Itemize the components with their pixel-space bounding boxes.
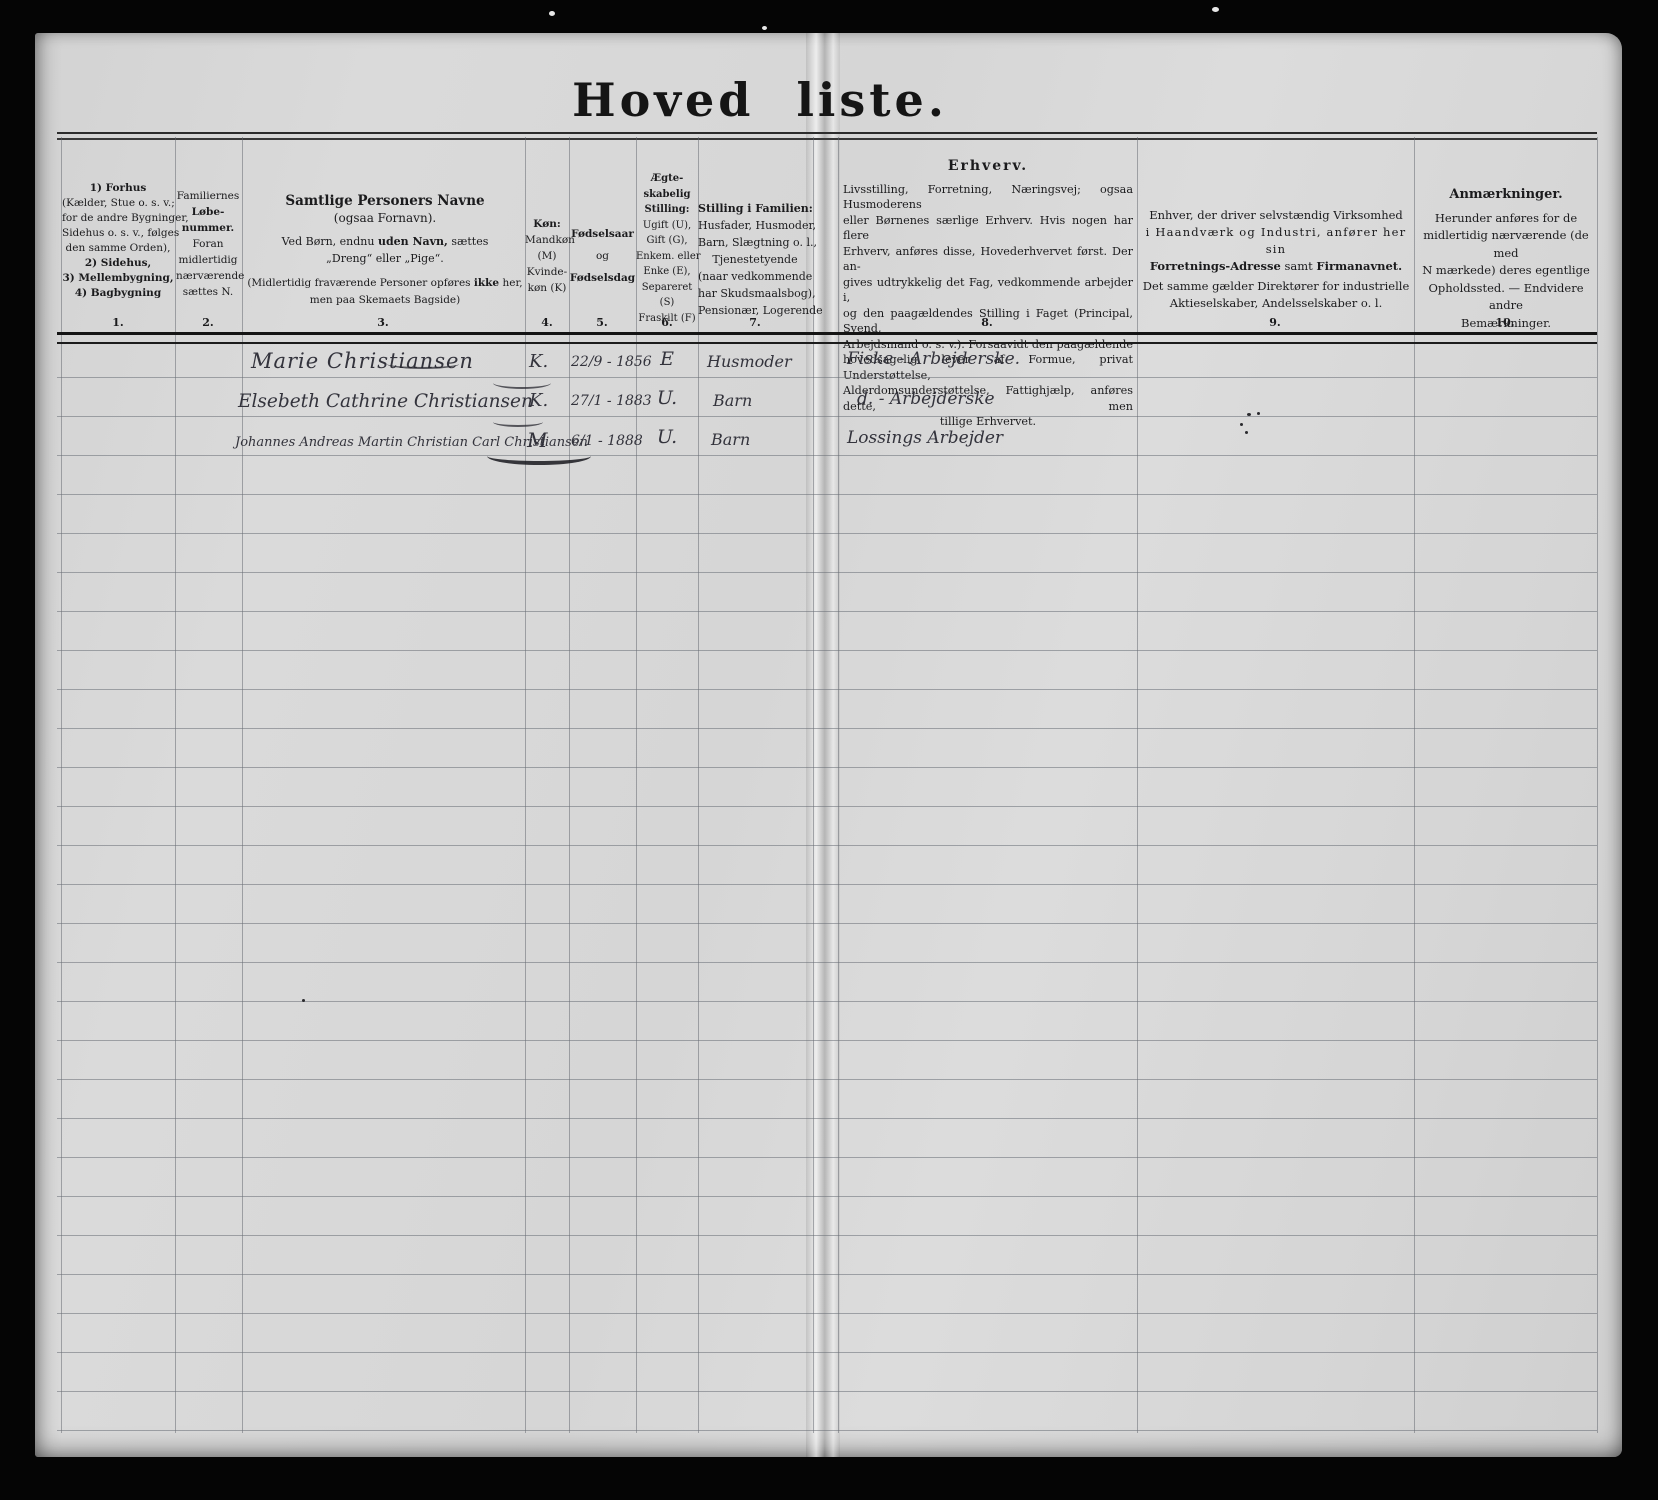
ink-flourish	[387, 359, 459, 369]
header-line: Separeret	[636, 280, 698, 296]
header-line: Køn:	[525, 216, 569, 232]
column-divider	[1597, 137, 1598, 1433]
column-header-stilling-i-familien: Stilling i Familien: Husfader, Husmoder,…	[698, 200, 812, 319]
column-number: 6.	[661, 316, 672, 329]
header-line: Stilling:	[636, 202, 698, 218]
header-line: N mærkede) deres egentlige	[1416, 262, 1596, 280]
column-header-forretningsadresse: Enhver, der driver selvstændig Virksomhe…	[1141, 207, 1411, 312]
header-line: Barn, Slægtning o. l.,	[698, 234, 812, 251]
column-header-fodselsaar: Fødselsaar og Fødselsdag	[569, 223, 636, 289]
column-header-aegteskabelig: Ægte- skabelig Stilling: Ugift (U), Gift…	[636, 171, 698, 326]
column-number: 3.	[377, 316, 388, 329]
header-line: Familiernes	[176, 188, 240, 204]
column-header-anmaerkninger: Anmærkninger. Herunder anføres for de mi…	[1416, 186, 1596, 332]
scan-speck	[1212, 7, 1219, 12]
header-line: Opholdssted. — Endvidere andre	[1416, 280, 1596, 315]
entry-family-position: Barn	[711, 430, 750, 449]
header-line: nærværende	[176, 268, 240, 284]
header-line: Mandkøn	[525, 232, 569, 248]
header-line: i Haandværk og Industri, anfører her sin	[1141, 224, 1411, 258]
ink-speck	[302, 999, 305, 1002]
header-line: for de andre Bygninger,	[62, 211, 174, 226]
header-line: Ved Børn, endnu uden Navn, sættes	[245, 233, 525, 250]
title-divider-rule	[57, 132, 1597, 140]
column-header-forhus: 1) Forhus (Kælder, Stue o. s. v.; for de…	[62, 181, 174, 301]
column-header-lobenummer: Familiernes Løbe- nummer. Foran midlerti…	[176, 188, 240, 300]
header-line: (ogsaa Fornavn).	[245, 210, 525, 227]
header-line: gives udtrykkelig det Fag, vedkommende a…	[843, 275, 1133, 306]
ink-flourish	[487, 447, 591, 465]
entry-name: Elsebeth Cathrine Christiansen	[238, 391, 533, 412]
header-line: Fødselsdag	[569, 267, 636, 289]
header-line: Sidehus o. s. v., følges	[62, 226, 174, 241]
entry-birthdate: 27/1 - 1883	[571, 393, 637, 409]
entry-birthdate: 6/1 - 1888	[571, 433, 637, 449]
header-line: men paa Skemaets Bagside)	[245, 292, 525, 309]
header-line: Ægte-	[636, 171, 698, 187]
header-line: Samtlige Personers Navne	[245, 193, 525, 210]
header-line: Herunder anføres for de	[1416, 210, 1596, 228]
header-line: (S)	[636, 295, 698, 311]
ink-flourish	[493, 377, 551, 389]
header-line: sættes N.	[176, 284, 240, 300]
column-number: 4.	[541, 316, 552, 329]
scanned-census-page: Hoved liste. 1) Forhus (Kælder, Stue o. …	[0, 0, 1658, 1500]
header-line: Husfader, Husmoder,	[698, 217, 812, 234]
entry-family-position: Barn	[713, 391, 752, 410]
header-line: Livsstilling, Forretning, Næringsvej; og…	[843, 182, 1133, 213]
header-line: Anmærkninger.	[1416, 186, 1596, 204]
header-line: Enkem. eller	[636, 249, 698, 265]
header-line: Enhver, der driver selvstændig Virksomhe…	[1141, 207, 1411, 224]
entry-marital-status: U.	[647, 426, 687, 448]
header-line: Ugift (U),	[636, 218, 698, 234]
header-line: 2) Sidehus,	[62, 256, 174, 271]
entry-occupation: Lossings Arbejder	[847, 428, 1003, 448]
header-line: køn (K)	[525, 280, 569, 296]
header-line: (Kælder, Stue o. s. v.;	[62, 196, 174, 211]
header-line: skabelig	[636, 187, 698, 203]
header-line: Erhverv, anføres disse, Hovederhvervet f…	[843, 244, 1133, 275]
entry-family-position: Husmoder	[707, 352, 792, 371]
header-line: har Skudsmaalsbog),	[698, 285, 812, 302]
ink-flourish	[493, 417, 543, 427]
header-line: 3) Mellembygning,	[62, 271, 174, 286]
ink-speck	[1240, 423, 1243, 426]
entry-sex: K.	[529, 390, 548, 411]
entry-name: Johannes Andreas Martin Christian Carl C…	[235, 435, 523, 450]
header-line: „Dreng“ eller „Pige“.	[245, 250, 525, 267]
header-line: Foran	[176, 236, 240, 252]
header-line: den samme Orden),	[62, 241, 174, 256]
ink-speck	[1245, 431, 1248, 434]
header-line: midlertidig nærværende (de med	[1416, 227, 1596, 262]
header-line: 4) Bagbygning	[62, 286, 174, 301]
column-number: 8.	[981, 316, 992, 329]
column-number: 10.	[1495, 316, 1514, 329]
entry-occupation: Fiske - Arbejderske.	[847, 349, 1020, 369]
header-line: eller Børnenes særlige Erhverv. Hvis nog…	[843, 213, 1133, 244]
header-line: Det samme gælder Direktører for industri…	[1141, 278, 1411, 295]
header-line: midlertidig	[176, 252, 240, 268]
header-line: (naar vedkommende	[698, 268, 812, 285]
header-line: Tjenestetyende	[698, 251, 812, 268]
column-number: 5.	[596, 316, 607, 329]
header-line: Gift (G),	[636, 233, 698, 249]
ink-speck	[1257, 412, 1260, 415]
header-line: Stilling i Familien:	[698, 200, 812, 217]
paper-sheet: Hoved liste. 1) Forhus (Kælder, Stue o. …	[35, 33, 1622, 1457]
column-header-navne: Samtlige Personers Navne (ogsaa Fornavn)…	[245, 193, 525, 309]
header-line: Aktieselskaber, Andelsselskaber o. l.	[1141, 295, 1411, 312]
header-line: (M)	[525, 248, 569, 264]
header-line: nummer.	[176, 220, 240, 236]
header-line: Forretnings-Adresse samt Firmanavnet.	[1141, 258, 1411, 275]
ink-speck	[1247, 413, 1251, 416]
scan-speck	[762, 26, 767, 30]
column-header-kon: Køn: Mandkøn (M) Kvinde- køn (K)	[525, 216, 569, 296]
entry-occupation: d. - Arbejderske	[857, 389, 995, 409]
header-line: (Midlertidig fraværende Personer opføres…	[245, 275, 525, 292]
header-line: Fødselsaar	[569, 223, 636, 245]
header-line: Enke (E),	[636, 264, 698, 280]
header-line: 1) Forhus	[62, 181, 174, 196]
entry-marital-status: E	[647, 348, 687, 370]
page-title: Hoved liste.	[460, 73, 1060, 127]
scan-speck	[549, 11, 555, 16]
column-number: 1.	[112, 316, 123, 329]
column-number: 9.	[1269, 316, 1280, 329]
header-line: Erhverv.	[843, 159, 1133, 175]
header-line: Løbe-	[176, 204, 240, 220]
entry-birthdate: 22/9 - 1856	[571, 354, 637, 370]
column-number: 2.	[202, 316, 213, 329]
header-line: Kvinde-	[525, 264, 569, 280]
entry-marital-status: U.	[647, 387, 687, 409]
header-line: og	[569, 245, 636, 267]
column-number: 7.	[749, 316, 760, 329]
entry-sex: K.	[529, 351, 548, 372]
table-row-grid	[57, 339, 1597, 1433]
